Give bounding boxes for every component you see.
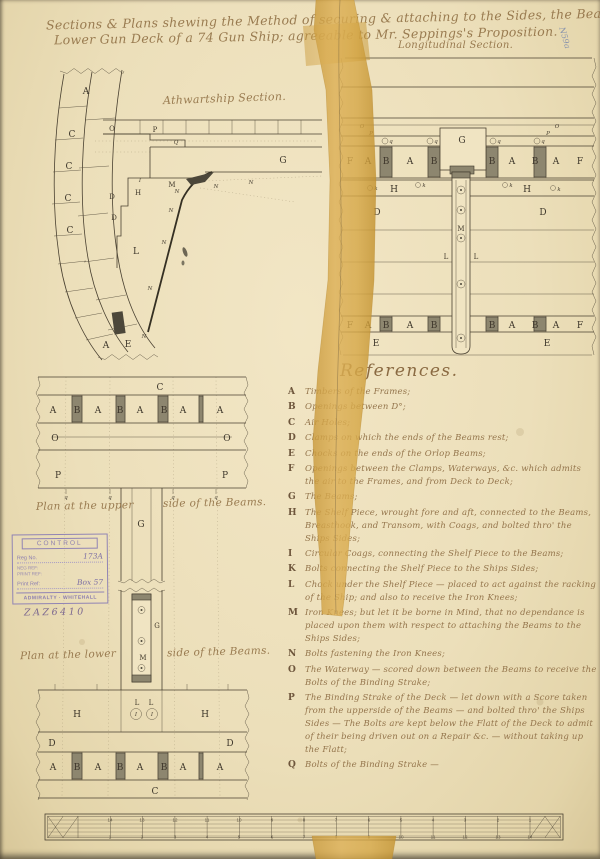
label-P: P xyxy=(222,471,228,481)
bolt-marks-N: N N N N N N N xyxy=(141,180,254,340)
drawing-letter: B xyxy=(74,763,81,773)
label-C: C xyxy=(152,787,159,797)
drawing-letter: B xyxy=(74,406,81,416)
reference-item: EChocks on the ends of the Orlop Beams; xyxy=(288,448,597,461)
drawing-letter: A xyxy=(216,406,224,416)
drawing-letter: A xyxy=(82,87,90,97)
label-A: A xyxy=(102,341,110,351)
drawing-letter: B xyxy=(161,763,168,773)
drawing-letter: C xyxy=(69,130,76,140)
drawing-letter: 7 xyxy=(303,835,306,840)
reference-key: D xyxy=(288,432,296,445)
drawing-letter: 1 xyxy=(109,835,112,840)
drawing-letter: 13 xyxy=(139,818,145,823)
athwartship-frame-letters: ACCCC xyxy=(65,87,90,236)
label-G: G xyxy=(154,622,160,630)
drawing-letter: 10 xyxy=(398,835,404,840)
drawing-letter: A xyxy=(552,157,560,167)
svg-text:N: N xyxy=(174,189,180,195)
drawing-letter: 11 xyxy=(431,835,436,840)
label-H: H xyxy=(201,710,209,720)
panel-ticks xyxy=(55,684,228,690)
reference-key: A xyxy=(288,386,295,399)
scale-bar: 1413121110987654321 1234567891011121314 xyxy=(45,814,563,840)
label-L: L xyxy=(149,699,154,707)
reference-key: F xyxy=(288,463,295,476)
stamp-footer: ADMIRALTY · WHITEHALL xyxy=(16,592,104,601)
drawing-letter: A xyxy=(508,321,516,331)
drawing-letter: F xyxy=(577,157,583,167)
reference-item: LChock under the Shelf Piece — placed to… xyxy=(288,579,597,605)
drawing-letter: A xyxy=(136,763,144,773)
reference-text: Chock under the Shelf Piece — placed to … xyxy=(305,580,596,603)
svg-text:N: N xyxy=(161,240,167,246)
references-title: References. xyxy=(340,361,597,381)
label-P: P xyxy=(545,131,550,137)
reference-key: I xyxy=(288,548,292,561)
label-O: O xyxy=(51,434,58,444)
reference-key: K xyxy=(288,563,296,576)
drawing-letter: A xyxy=(406,321,414,331)
reference-text: The Shelf Piece, wrought fore and aft, c… xyxy=(305,508,591,544)
reference-key: O xyxy=(288,664,296,677)
drawing-letter: A xyxy=(179,763,187,773)
drawing-sheet: Sections & Plans shewing the Method of s… xyxy=(0,0,600,859)
reference-text: Chocks on the ends of the Orlop Beams; xyxy=(305,449,486,459)
label-M: M xyxy=(139,654,146,662)
drawing-letter: B xyxy=(161,406,168,416)
drawing-letter: 12 xyxy=(172,818,178,823)
drawing-letter: B xyxy=(117,763,124,773)
reference-text: Iron Knees; but let it be borne in Mind,… xyxy=(305,608,585,644)
reference-text: Bolts connecting the Shelf Piece to the … xyxy=(305,564,538,574)
stamp-header: CONTROL xyxy=(22,538,98,550)
plan-lower-ab-row: ABABABAA xyxy=(49,763,224,773)
drawing-letter: A xyxy=(136,406,144,416)
label-I: I xyxy=(150,712,154,718)
label-I: I xyxy=(138,178,142,184)
reference-key: Q xyxy=(288,759,296,772)
svg-text:N: N xyxy=(213,184,219,190)
drawing-letter: 4 xyxy=(206,835,209,840)
plan-upper-ab-row: ABABABAA xyxy=(49,406,224,416)
references-block: References. ATimbers of the Frames;BOpen… xyxy=(288,361,597,774)
drawing-letter: 8 xyxy=(335,835,338,840)
drawing-letter: F xyxy=(347,157,353,167)
label-Q: Q xyxy=(174,140,179,146)
drawing-letter: 5 xyxy=(238,835,241,840)
svg-text:k: k xyxy=(557,187,561,193)
label-O: O xyxy=(223,434,230,444)
drawing-letter: 11 xyxy=(205,818,210,823)
label-E: E xyxy=(125,340,132,350)
label-H: H xyxy=(135,189,141,197)
reference-text: Timbers of the Frames; xyxy=(305,387,410,397)
athwartship-section-drawing: ACCCC O P Q G I M H D D L A E N N N N N … xyxy=(52,69,322,361)
label-D: D xyxy=(111,214,117,222)
reference-key: B xyxy=(288,401,296,414)
label-E: E xyxy=(544,339,551,349)
stamp-reg-label: Reg No. xyxy=(17,555,37,561)
scale-numbers-bottom: 1234567891011121314 xyxy=(109,835,533,840)
reference-key: C xyxy=(288,417,295,430)
label-E: E xyxy=(373,339,380,349)
label-P: P xyxy=(55,471,61,481)
drawing-letter: A xyxy=(49,763,57,773)
svg-text:k: k xyxy=(374,186,378,192)
drawing-letter: 14 xyxy=(107,818,113,823)
label-H: H xyxy=(523,185,531,195)
stamp-neg2-label: PRINT REF: xyxy=(17,571,103,577)
drawing-letter: B xyxy=(489,321,496,331)
label-L: L xyxy=(474,253,479,261)
reference-text: Openings between the Clamps, Waterways, … xyxy=(305,464,581,487)
reference-item: GThe Beams; xyxy=(288,491,597,504)
svg-text:q: q xyxy=(434,139,438,145)
reference-item: ICircular Coags, connecting the Shelf Pi… xyxy=(288,548,597,561)
reference-item: KBolts connecting the Shelf Piece to the… xyxy=(288,563,597,576)
label-D: D xyxy=(48,739,55,749)
catalog-number: ZAZ6410 xyxy=(24,606,86,618)
drawing-letter: 12 xyxy=(462,835,468,840)
label-C: C xyxy=(157,383,164,393)
stamp-neg-label: NEG REF: xyxy=(17,565,103,571)
reference-item: PThe Binding Strake of the Deck — let do… xyxy=(288,692,597,757)
reference-item: HThe Shelf Piece, wrought fore and aft, … xyxy=(288,507,597,546)
archive-stamp: CONTROL Reg No. 173A NEG REF: PRINT REF:… xyxy=(12,533,109,604)
svg-text:q: q xyxy=(541,139,545,145)
reference-item: CAir Holes; xyxy=(288,417,597,430)
drawing-letter: B xyxy=(383,157,390,167)
drawing-letter: A xyxy=(364,157,372,167)
drawing-letter: 3 xyxy=(174,835,177,840)
label-D: D xyxy=(226,739,233,749)
drawing-letter: A xyxy=(94,763,102,773)
label-P: P xyxy=(368,131,373,137)
reference-text: Circular Coags, connecting the Shelf Pie… xyxy=(305,549,564,559)
reference-text: The Beams; xyxy=(305,492,358,502)
top-row-letters-right: BABAF xyxy=(489,157,583,167)
drawing-letter: 14 xyxy=(527,835,533,840)
drawing-letter: B xyxy=(532,321,539,331)
drawing-letter: A xyxy=(508,157,516,167)
svg-text:N: N xyxy=(141,334,147,340)
drawing-letter: 10 xyxy=(236,818,242,823)
reference-key: P xyxy=(288,692,295,705)
bottom-row-letters-right: BABAF xyxy=(489,321,583,331)
drawing-letter: B xyxy=(117,406,124,416)
drawing-letter: C xyxy=(67,226,74,236)
label-G: G xyxy=(458,136,465,146)
drawing-letter: A xyxy=(552,321,560,331)
q-ticks xyxy=(66,489,216,494)
reference-item: ATimbers of the Frames; xyxy=(288,386,597,399)
reference-text: Bolts fastening the Iron Knees; xyxy=(305,649,445,659)
label-H: H xyxy=(390,185,398,195)
reference-item: MIron Knees; but let it be borne in Mind… xyxy=(288,607,597,646)
caption-plan-lower-left: Plan at the lower xyxy=(20,648,116,663)
reference-item: QBolts of the Binding Strake — xyxy=(288,759,597,772)
reference-item: NBolts fastening the Iron Knees; xyxy=(288,648,597,661)
svg-text:N: N xyxy=(248,180,254,186)
reference-text: Bolts of the Binding Strake — xyxy=(305,760,439,770)
drawing-letter: 2 xyxy=(141,835,144,840)
svg-text:q: q xyxy=(389,139,393,145)
reference-key: G xyxy=(288,491,296,504)
deck-plank-ticks xyxy=(140,120,301,134)
reference-key: H xyxy=(288,507,297,520)
label-M: M xyxy=(168,181,175,189)
label-G: G xyxy=(137,520,144,530)
reference-key: N xyxy=(288,648,296,661)
drawing-letter: A xyxy=(94,406,102,416)
drawing-letter: B xyxy=(489,157,496,167)
label-D: D xyxy=(539,208,546,218)
longitudinal-section-drawing: O P P O q q q q G FABAB BABAF H H k k k … xyxy=(339,58,596,355)
reference-item: DClamps on which the ends of the Beams r… xyxy=(288,432,597,445)
reference-text: Openings between D°; xyxy=(305,402,406,412)
beam-vertical-drawing: G G M xyxy=(118,488,165,690)
label-P: P xyxy=(153,126,158,134)
svg-text:N: N xyxy=(168,208,174,214)
drawing-letter: A xyxy=(406,157,414,167)
drawing-letter: B xyxy=(532,157,539,167)
reference-text: The Binding Strake of the Deck — let dow… xyxy=(305,693,593,755)
drawing-letter: A xyxy=(364,321,372,331)
svg-text:N: N xyxy=(147,286,153,292)
drawing-letter: 13 xyxy=(495,835,501,840)
drawing-letter: F xyxy=(347,321,353,331)
drawing-letter: B xyxy=(431,321,438,331)
reference-key: M xyxy=(288,607,298,620)
reference-key: L xyxy=(288,579,295,592)
reference-text: Air Holes; xyxy=(305,418,350,428)
caption-longitudinal-section: Longitudinal Section. xyxy=(398,40,513,51)
label-I: I xyxy=(134,712,138,718)
label-O: O xyxy=(555,124,560,130)
label-L: L xyxy=(135,699,140,707)
drawing-letter: 9 xyxy=(368,835,371,840)
drawing-letter: A xyxy=(179,406,187,416)
reference-text: The Waterway — scored down between the B… xyxy=(305,665,597,688)
drawing-letter: A xyxy=(216,763,224,773)
svg-text:q: q xyxy=(497,139,501,145)
drawing-letter: B xyxy=(431,157,438,167)
label-O: O xyxy=(360,124,365,130)
label-L: L xyxy=(444,253,449,261)
references-list: ATimbers of the Frames;BOpenings between… xyxy=(288,386,597,772)
caption-plan-upper-right: side of the Beams. xyxy=(163,496,267,510)
drawing-letter: B xyxy=(383,321,390,331)
svg-text:k: k xyxy=(509,183,513,189)
reference-item: OThe Waterway — scored down between the … xyxy=(288,664,597,690)
label-L: L xyxy=(133,247,139,257)
drawing-letter: F xyxy=(577,321,583,331)
label-D: D xyxy=(373,208,380,218)
plan-lower-drawing: L L I I H H D D ABABABAA C xyxy=(36,684,249,800)
drawing-letter: 6 xyxy=(271,835,274,840)
stamp-box-value: Box 57 xyxy=(77,578,103,587)
label-G: G xyxy=(279,156,286,166)
label-O: O xyxy=(109,125,115,133)
drawing-letter: A xyxy=(49,406,57,416)
svg-text:k: k xyxy=(422,183,426,189)
label-M: M xyxy=(457,225,464,233)
reference-key: E xyxy=(288,448,295,461)
stamp-reg-value: 173A xyxy=(83,552,103,561)
stamp-box-label: Print Ref: xyxy=(17,581,40,587)
label-D: D xyxy=(109,193,115,201)
reference-text: Clamps on which the ends of the Beams re… xyxy=(305,433,509,443)
label-H: H xyxy=(73,710,81,720)
caption-plan-upper-left: Plan at the upper xyxy=(36,499,134,513)
reference-item: BOpenings between D°; xyxy=(288,401,597,414)
drawing-letter: C xyxy=(65,194,72,204)
reference-item: FOpenings between the Clamps, Waterways,… xyxy=(288,463,597,489)
drawing-letter: C xyxy=(66,162,73,172)
